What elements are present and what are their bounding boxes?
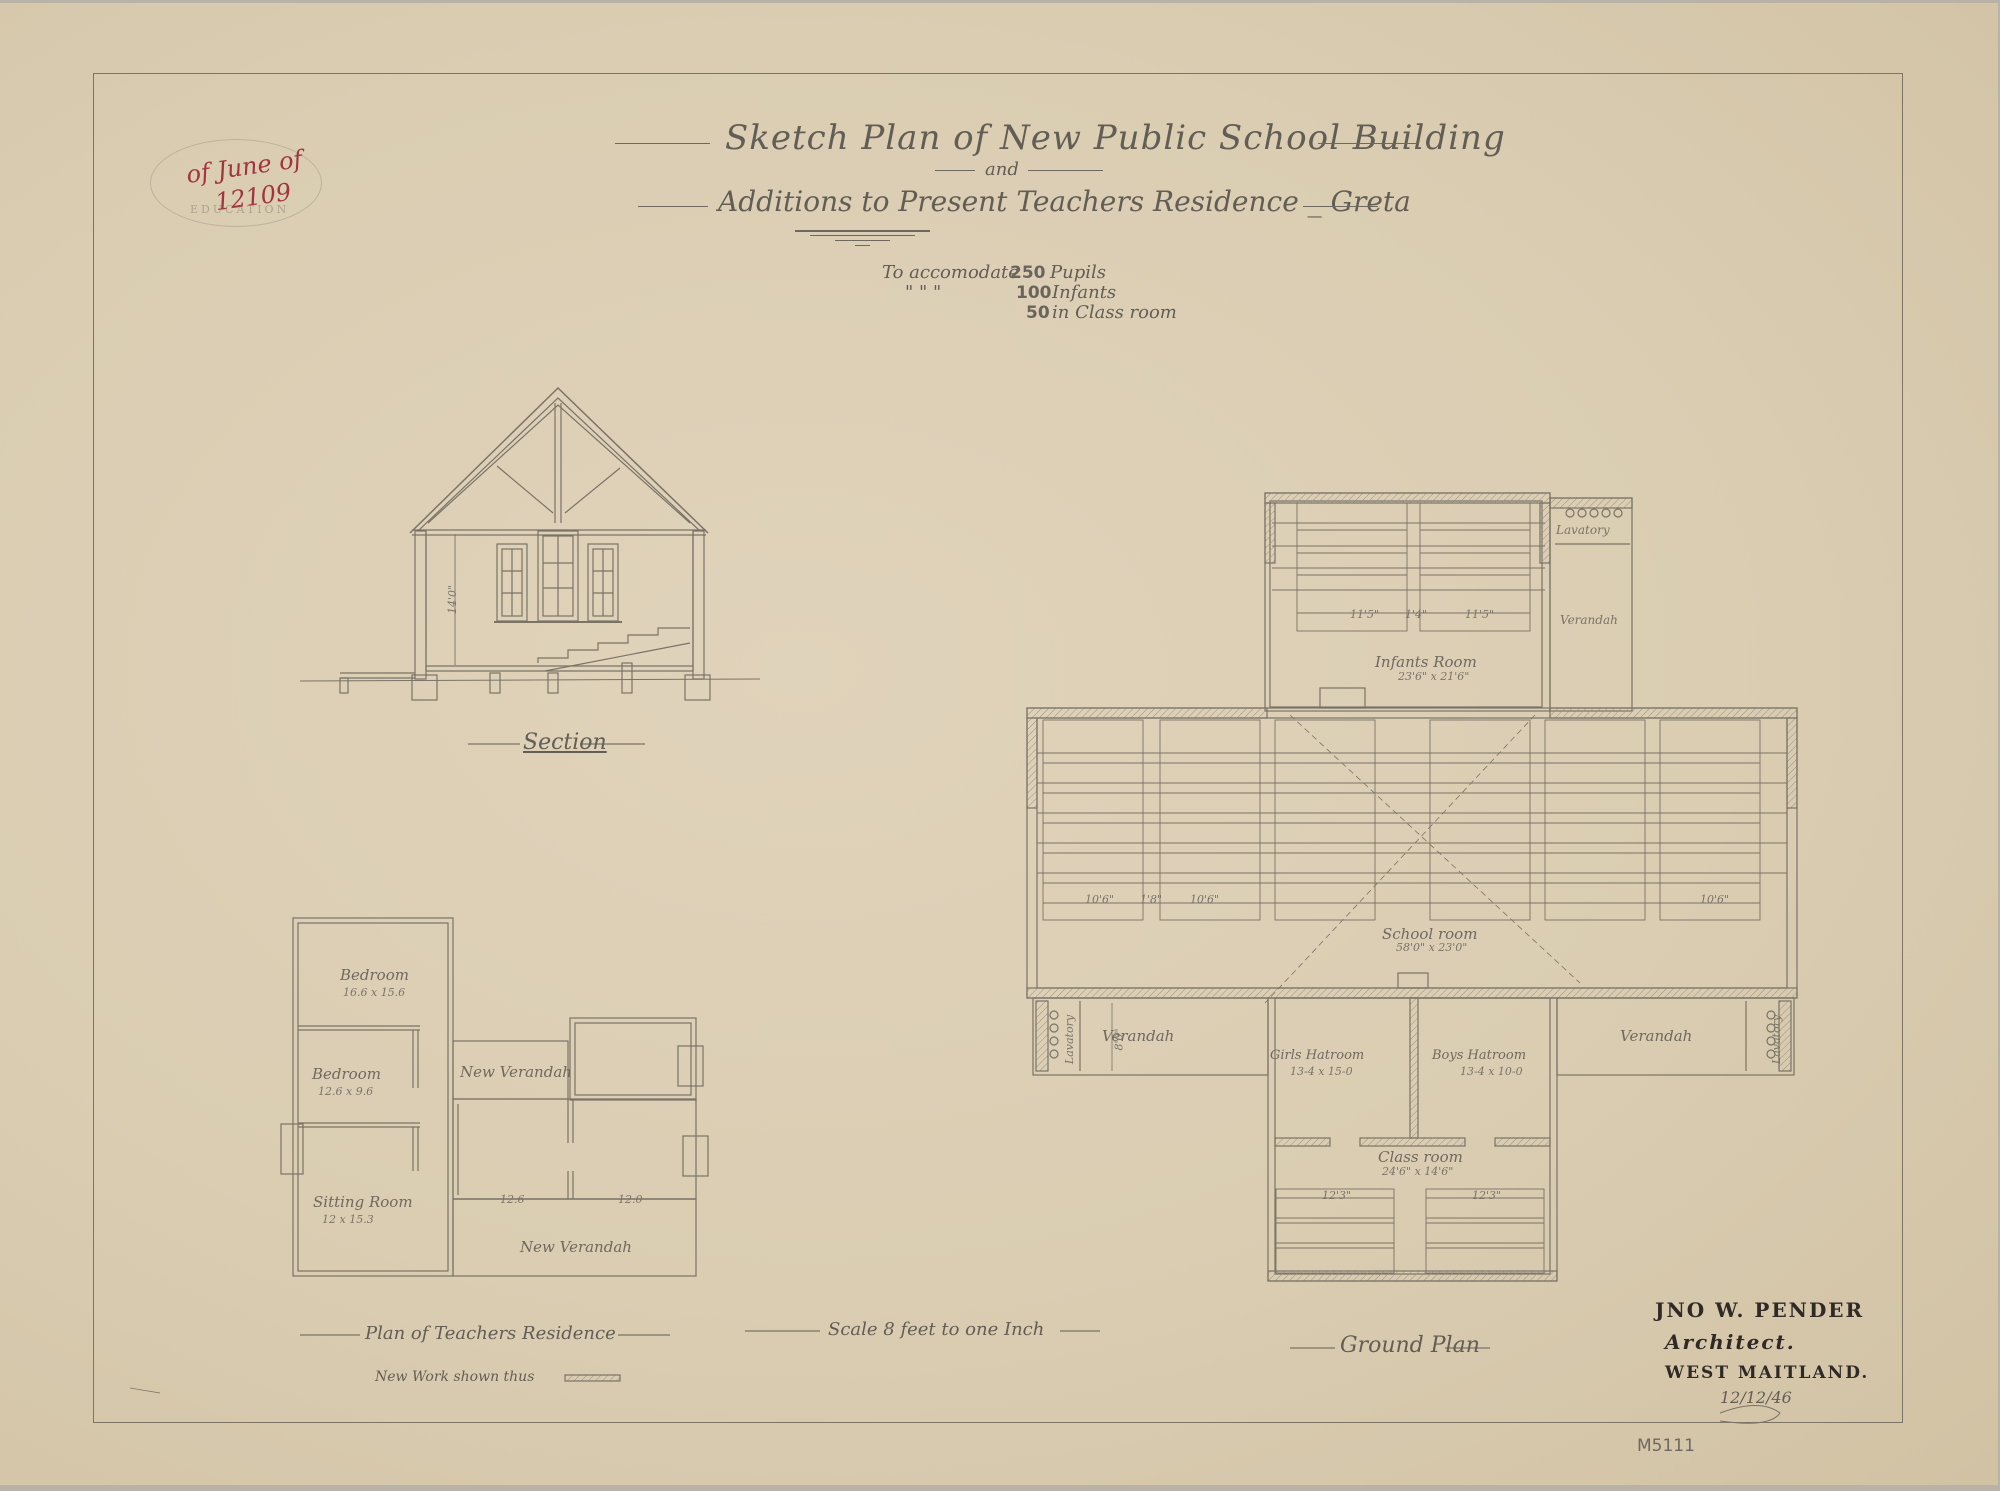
catalogue-number: M5111	[1637, 1436, 1695, 1456]
gp-infants-room: Infants Room	[1375, 653, 1477, 671]
architect-location: WEST MAITLAND.	[1665, 1363, 1869, 1383]
gp-class-desk-dim-1: 12'3"	[1322, 1189, 1351, 1202]
res-new-verandah-1: New Verandah	[460, 1063, 572, 1081]
gp-verandah-top: Verandah	[1560, 613, 1618, 627]
gp-school-desk-dim-4: 10'6"	[1700, 893, 1729, 906]
gp-infants-desk-dim-1: 11'5"	[1350, 608, 1379, 621]
gp-school-desk-dim-3: 10'6"	[1190, 893, 1219, 906]
drawing-linework	[0, 3, 2000, 1491]
res-room-sitting-size: 12 x 15.3	[322, 1213, 374, 1226]
section-elevation	[300, 388, 760, 700]
section-height-dim: 14'0"	[446, 585, 459, 614]
gp-boys-hatroom-size: 13-4 x 10-0	[1460, 1065, 1523, 1078]
res-room-sitting: Sitting Room	[313, 1193, 413, 1211]
drawing-sheet: of June of 12109 EDUCATION Sketch Plan o…	[0, 3, 1998, 1485]
gp-verandah-right: Verandah	[1620, 1027, 1692, 1045]
gp-girls-hatroom-size: 13-4 x 15-0	[1290, 1065, 1353, 1078]
res-dim-1: 12.6	[500, 1193, 525, 1206]
gp-lavatory-top: Lavatory	[1556, 523, 1610, 537]
architect-title: Architect.	[1665, 1330, 1796, 1354]
res-dim-2: 12.0	[618, 1193, 643, 1206]
new-work-legend-swatch	[565, 1375, 620, 1381]
section-caption: Section	[523, 730, 607, 755]
gp-girls-hatroom: Girls Hatroom	[1270, 1048, 1364, 1063]
res-room-bedroom-2-size: 12.6 x 9.6	[318, 1085, 373, 1098]
gp-verandah-depth: 8'0"	[1113, 1028, 1126, 1050]
gp-class-room-size: 24'6" x 14'6"	[1382, 1165, 1453, 1178]
new-work-legend: New Work shown thus	[375, 1369, 534, 1385]
ground-plan-caption: Ground Plan	[1340, 1333, 1480, 1358]
scale-note: Scale 8 feet to one Inch	[828, 1319, 1044, 1340]
gp-lavatory-left: Lavatory	[1063, 1015, 1076, 1064]
architect-name: JNO W. PENDER	[1655, 1298, 1864, 1322]
architect-date: 12/12/46	[1720, 1388, 1792, 1407]
gp-lavatory-right: Lavatory	[1770, 1015, 1783, 1064]
gp-infants-desk-dim-3: 11'5"	[1465, 608, 1494, 621]
gp-infants-room-size: 23'6" x 21'6"	[1398, 670, 1469, 683]
residence-caption: Plan of Teachers Residence	[365, 1323, 616, 1344]
gp-school-desk-dim-1: 10'6"	[1085, 893, 1114, 906]
gp-school-room-size: 58'0" x 23'0"	[1396, 941, 1467, 954]
res-room-bedroom-1: Bedroom	[340, 966, 409, 984]
gp-infants-desk-dim-2: 1'4"	[1405, 608, 1427, 621]
res-room-bedroom-1-size: 16.6 x 15.6	[343, 986, 405, 999]
gp-class-desk-dim-2: 12'3"	[1472, 1189, 1501, 1202]
gp-school-desk-dim-2: 1'8"	[1140, 893, 1162, 906]
res-room-bedroom-2: Bedroom	[312, 1065, 381, 1083]
gp-class-room: Class room	[1378, 1148, 1463, 1166]
gp-boys-hatroom: Boys Hatroom	[1432, 1048, 1526, 1063]
res-new-verandah-2: New Verandah	[520, 1238, 632, 1256]
